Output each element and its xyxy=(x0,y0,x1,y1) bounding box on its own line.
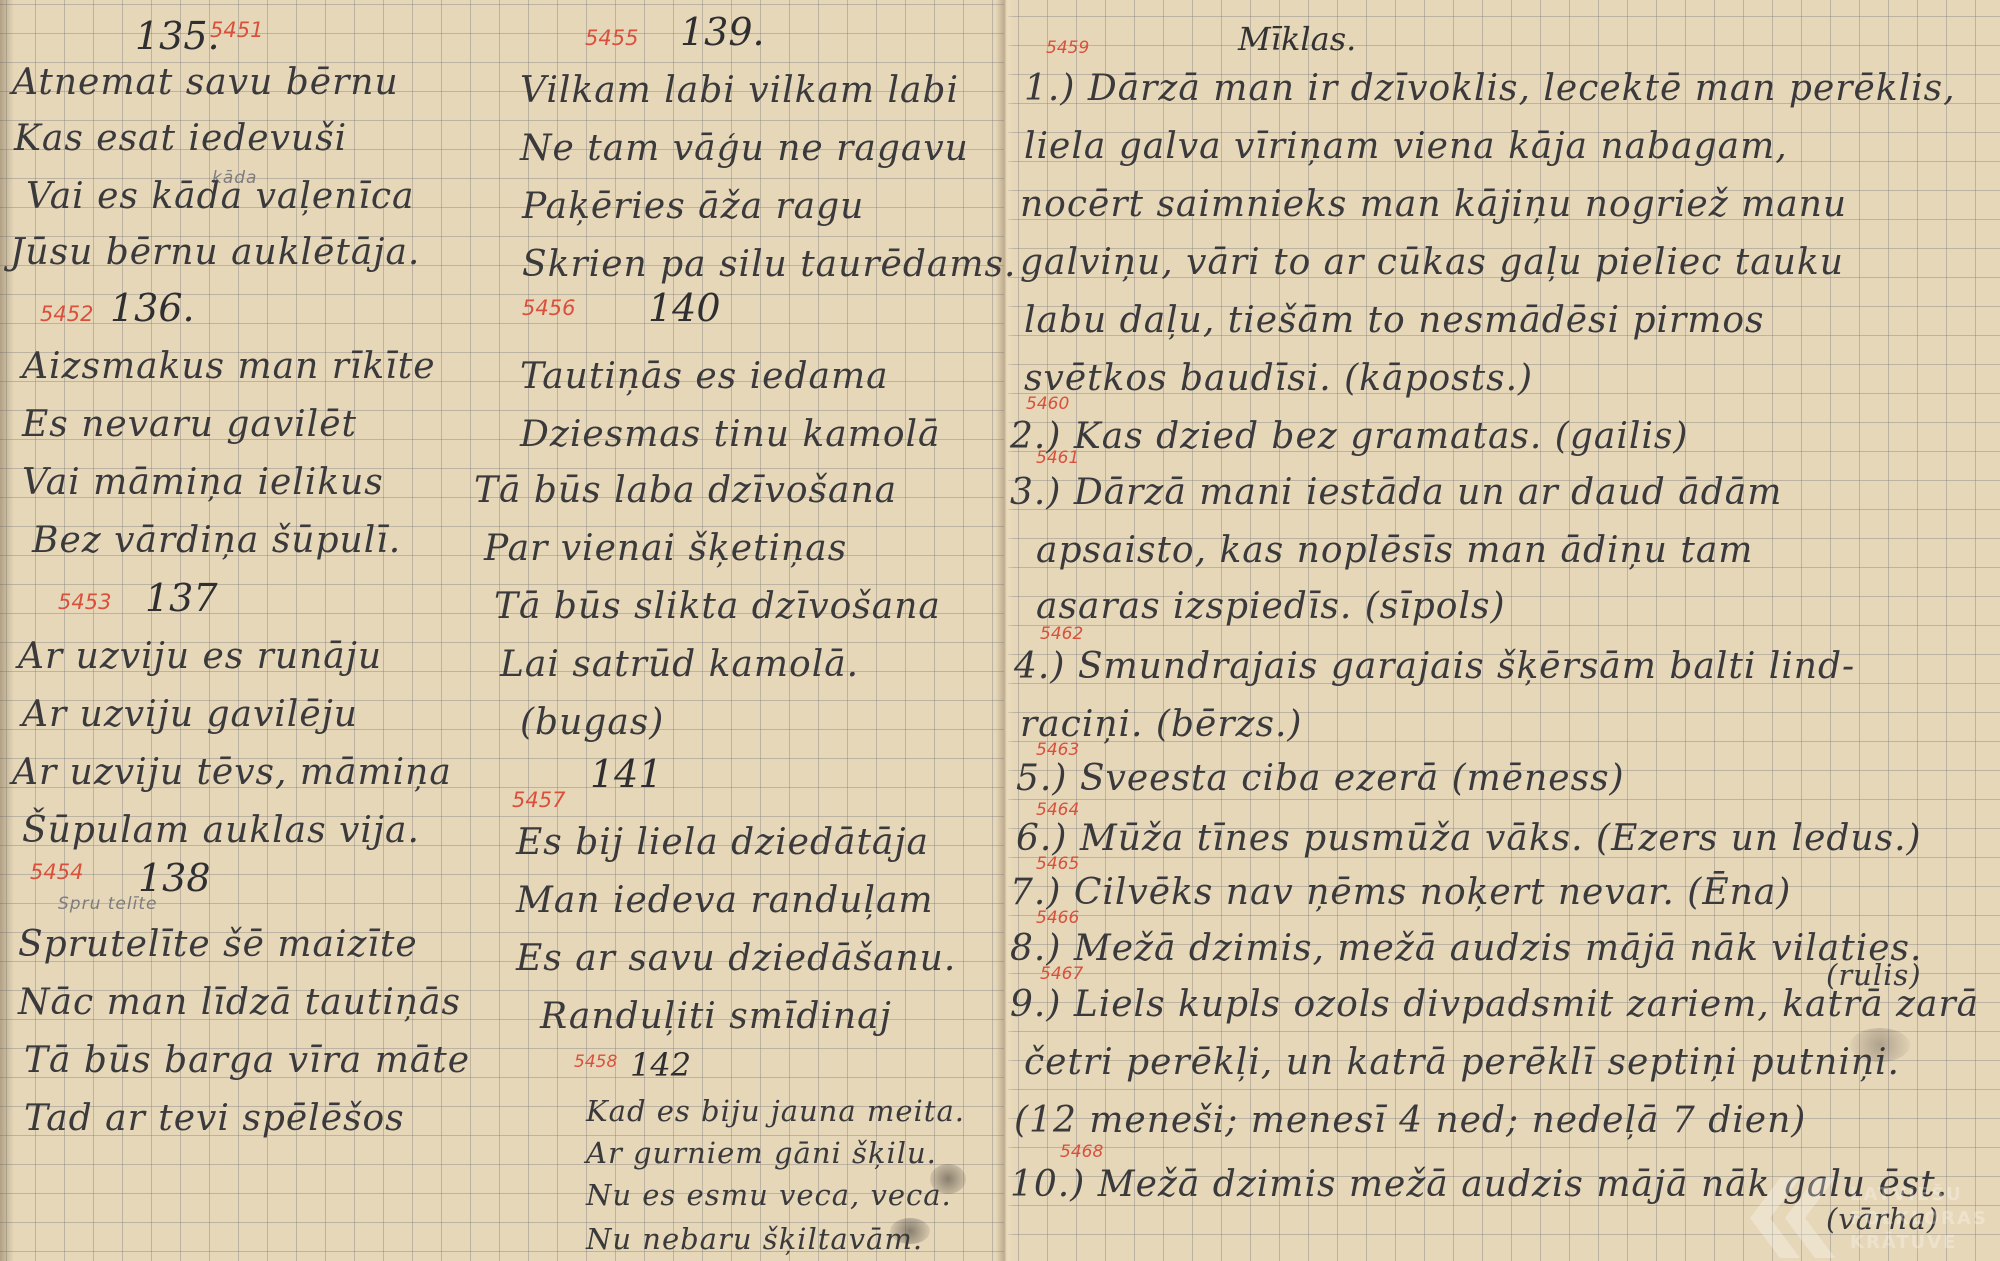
entry-number: 141 xyxy=(590,752,663,796)
verse-line: Kad es biju jauna meita. xyxy=(586,1094,965,1128)
verse-line: Par vienai šķetiņas xyxy=(484,528,847,569)
verse-line: Tad ar tevi spēlēšos xyxy=(24,1098,405,1139)
riddle-line: četri perēkļi, un katrā perēklī septiņi … xyxy=(1024,1042,1900,1083)
verse-line: Bez vārdiņa šūpulī. xyxy=(32,520,401,561)
riddle-line: 8.) Mežā dzimis, mežā audzis mājā nāk vi… xyxy=(1010,928,1922,969)
page-edge-shadow xyxy=(0,0,14,1261)
entry-number: 140 xyxy=(648,286,721,330)
verse-line: Tā būs barga vīra māte xyxy=(24,1040,470,1081)
archive-ref-number: 5460 xyxy=(1026,394,1069,414)
verse-line: Man iedeva randuļam xyxy=(516,880,934,921)
riddle-line: (12 meneši; menesī 4 ned; nedeļā 7 dien) xyxy=(1014,1100,1806,1141)
archive-ref-number: 5453 xyxy=(58,590,111,614)
archive-ref-number: 5457 xyxy=(512,788,565,812)
verse-line: Randuļiti smīdinaj xyxy=(540,996,892,1037)
archive-ref-number: 5451 xyxy=(210,18,263,42)
watermark-line: KRĀTUVE xyxy=(1850,1232,1957,1253)
watermark-line: LATVIEŠU xyxy=(1850,1184,1963,1205)
archive-ref-number: 5452 xyxy=(40,302,93,326)
entry-number: 139. xyxy=(680,10,765,54)
riddle-line: galviņu, vāri to ar cūkas gaļu pieliec t… xyxy=(1020,242,1844,283)
riddle-line: asaras izspiedīs. (sīpols) xyxy=(1036,586,1506,627)
entry-number: 135. xyxy=(135,14,220,58)
ink-blot xyxy=(890,1218,930,1244)
verse-line: Ar uzviju es runāju xyxy=(18,636,382,677)
verse-line: Skrien pa silu taurēdams. xyxy=(522,244,1016,285)
riddle-line: apsaisto, kas noplēsīs man ādiņu tam xyxy=(1036,530,1753,571)
entry-number: 136. xyxy=(110,286,195,330)
verse-line: Aizsmakus man rīkīte xyxy=(22,346,436,387)
riddle-line: 6.) Mūža tīnes pusmūža vāks. (Ezers un l… xyxy=(1016,818,1922,859)
verse-line: Ar gurniem gāni šķilu. xyxy=(586,1136,937,1170)
entry-number: 137 xyxy=(145,576,218,620)
archive-ref-number: 5467 xyxy=(1040,964,1083,984)
verse-line: Vai māmiņa ielikus xyxy=(22,462,384,503)
verse-line: Es ar savu dziedāšanu. xyxy=(516,938,956,979)
verse-line: Atnemat savu bērnu xyxy=(12,62,399,103)
verse-line: Ne tam vāģu ne ragavu xyxy=(520,128,969,169)
riddle-line: nocērt saimnieks man kājiņu nogriež manu xyxy=(1020,184,1847,225)
verse-line: Ar uzviju tēvs, māmiņa xyxy=(12,752,452,793)
verse-line: Lai satrūd kamolā. xyxy=(500,644,859,685)
entry-number: 142 xyxy=(630,1046,691,1084)
riddle-line: 9.) Liels kupls ozols divpadsmit zariem,… xyxy=(1010,984,1979,1025)
archive-ref-number: 5456 xyxy=(522,296,575,320)
verse-line: Es bij liela dziedātāja xyxy=(516,822,929,863)
archive-ref-number: 5463 xyxy=(1036,740,1079,760)
archive-ref-number: 5458 xyxy=(574,1052,617,1072)
verse-line: Es nevaru gavilēt xyxy=(22,404,357,445)
archive-logo-icon xyxy=(1740,1178,1850,1258)
verse-line: Nu nebaru šķiltavām. xyxy=(586,1222,923,1256)
archive-ref-number: 5455 xyxy=(585,26,638,50)
page-title: Mīklas. xyxy=(1238,20,1356,58)
verse-line: Jūsu bērnu auklētāja. xyxy=(10,232,420,273)
archive-ref-number: 5468 xyxy=(1060,1142,1103,1162)
verse-line: Vai es kāda vaļenīca xyxy=(26,176,415,217)
riddle-line: raciņi. (bērzs.) xyxy=(1020,704,1302,745)
pencil-annotation: Spru telīte xyxy=(58,894,157,914)
archive-ref-number: 5459 xyxy=(1046,38,1089,58)
riddle-line: liela galva vīriņam viena kāja nabagam, xyxy=(1024,126,1788,167)
verse-line: Tautiņās es iedama xyxy=(520,356,889,397)
verse-line: Paķēries āža ragu xyxy=(522,186,864,227)
verse-line: Tā būs slikta dzīvošana xyxy=(494,586,941,627)
riddle-line: 5.) Sveesta ciba ezerā (mēness) xyxy=(1016,758,1625,799)
archive-watermark: LATVIEŠU FOLKLORAS KRĀTUVE xyxy=(1740,1178,2000,1258)
archive-ref-number: 5466 xyxy=(1036,908,1079,928)
archive-ref-number: 5465 xyxy=(1036,854,1079,874)
riddle-line: 4.) Smundrajais garajais šķērsām balti l… xyxy=(1014,646,1855,687)
archive-ref-number: 5462 xyxy=(1040,624,1083,644)
verse-line: Nāc man līdzā tautiņās xyxy=(18,982,461,1023)
verse-line: Nu es esmu veca, veca. xyxy=(586,1178,952,1212)
archive-ref-number: 5464 xyxy=(1036,800,1079,820)
riddle-line: labu daļu, tiešām to nesmādēsi pirmos xyxy=(1024,300,1765,341)
watermark-line: FOLKLORAS xyxy=(1850,1208,1988,1229)
verse-line: Tā būs laba dzīvošana xyxy=(474,470,897,511)
verse-line: Sprutelīte šē maizīte xyxy=(18,924,418,965)
verse-line: Vilkam labi vilkam labi xyxy=(520,70,959,111)
riddle-line: 3.) Dārzā mani iestāda un ar daud ādām xyxy=(1010,472,1782,513)
riddle-line: 2.) Kas dzied bez gramatas. (gailis) xyxy=(1010,416,1688,457)
riddle-line: svētkos baudīsi. (kāposts.) xyxy=(1024,358,1533,399)
notebook-spine-fold xyxy=(996,0,1014,1261)
ink-blot xyxy=(930,1164,966,1194)
verse-line: Kas esat iedevuši xyxy=(14,118,347,159)
verse-line: Ar uzviju gavilēju xyxy=(22,694,358,735)
riddle-line: 1.) Dārzā man ir dzīvoklis, lecektē man … xyxy=(1024,68,1956,109)
riddle-line: 7.) Cilvēks nav ņēms noķert nevar. (Ēna) xyxy=(1010,872,1791,913)
archive-ref-number: 5454 xyxy=(30,860,83,884)
verse-line: Dziesmas tinu kamolā xyxy=(520,414,941,455)
verse-line: Šūpulam auklas vija. xyxy=(22,810,420,851)
verse-line: (bugas) xyxy=(520,702,664,743)
archive-ref-number: 5461 xyxy=(1036,448,1079,468)
